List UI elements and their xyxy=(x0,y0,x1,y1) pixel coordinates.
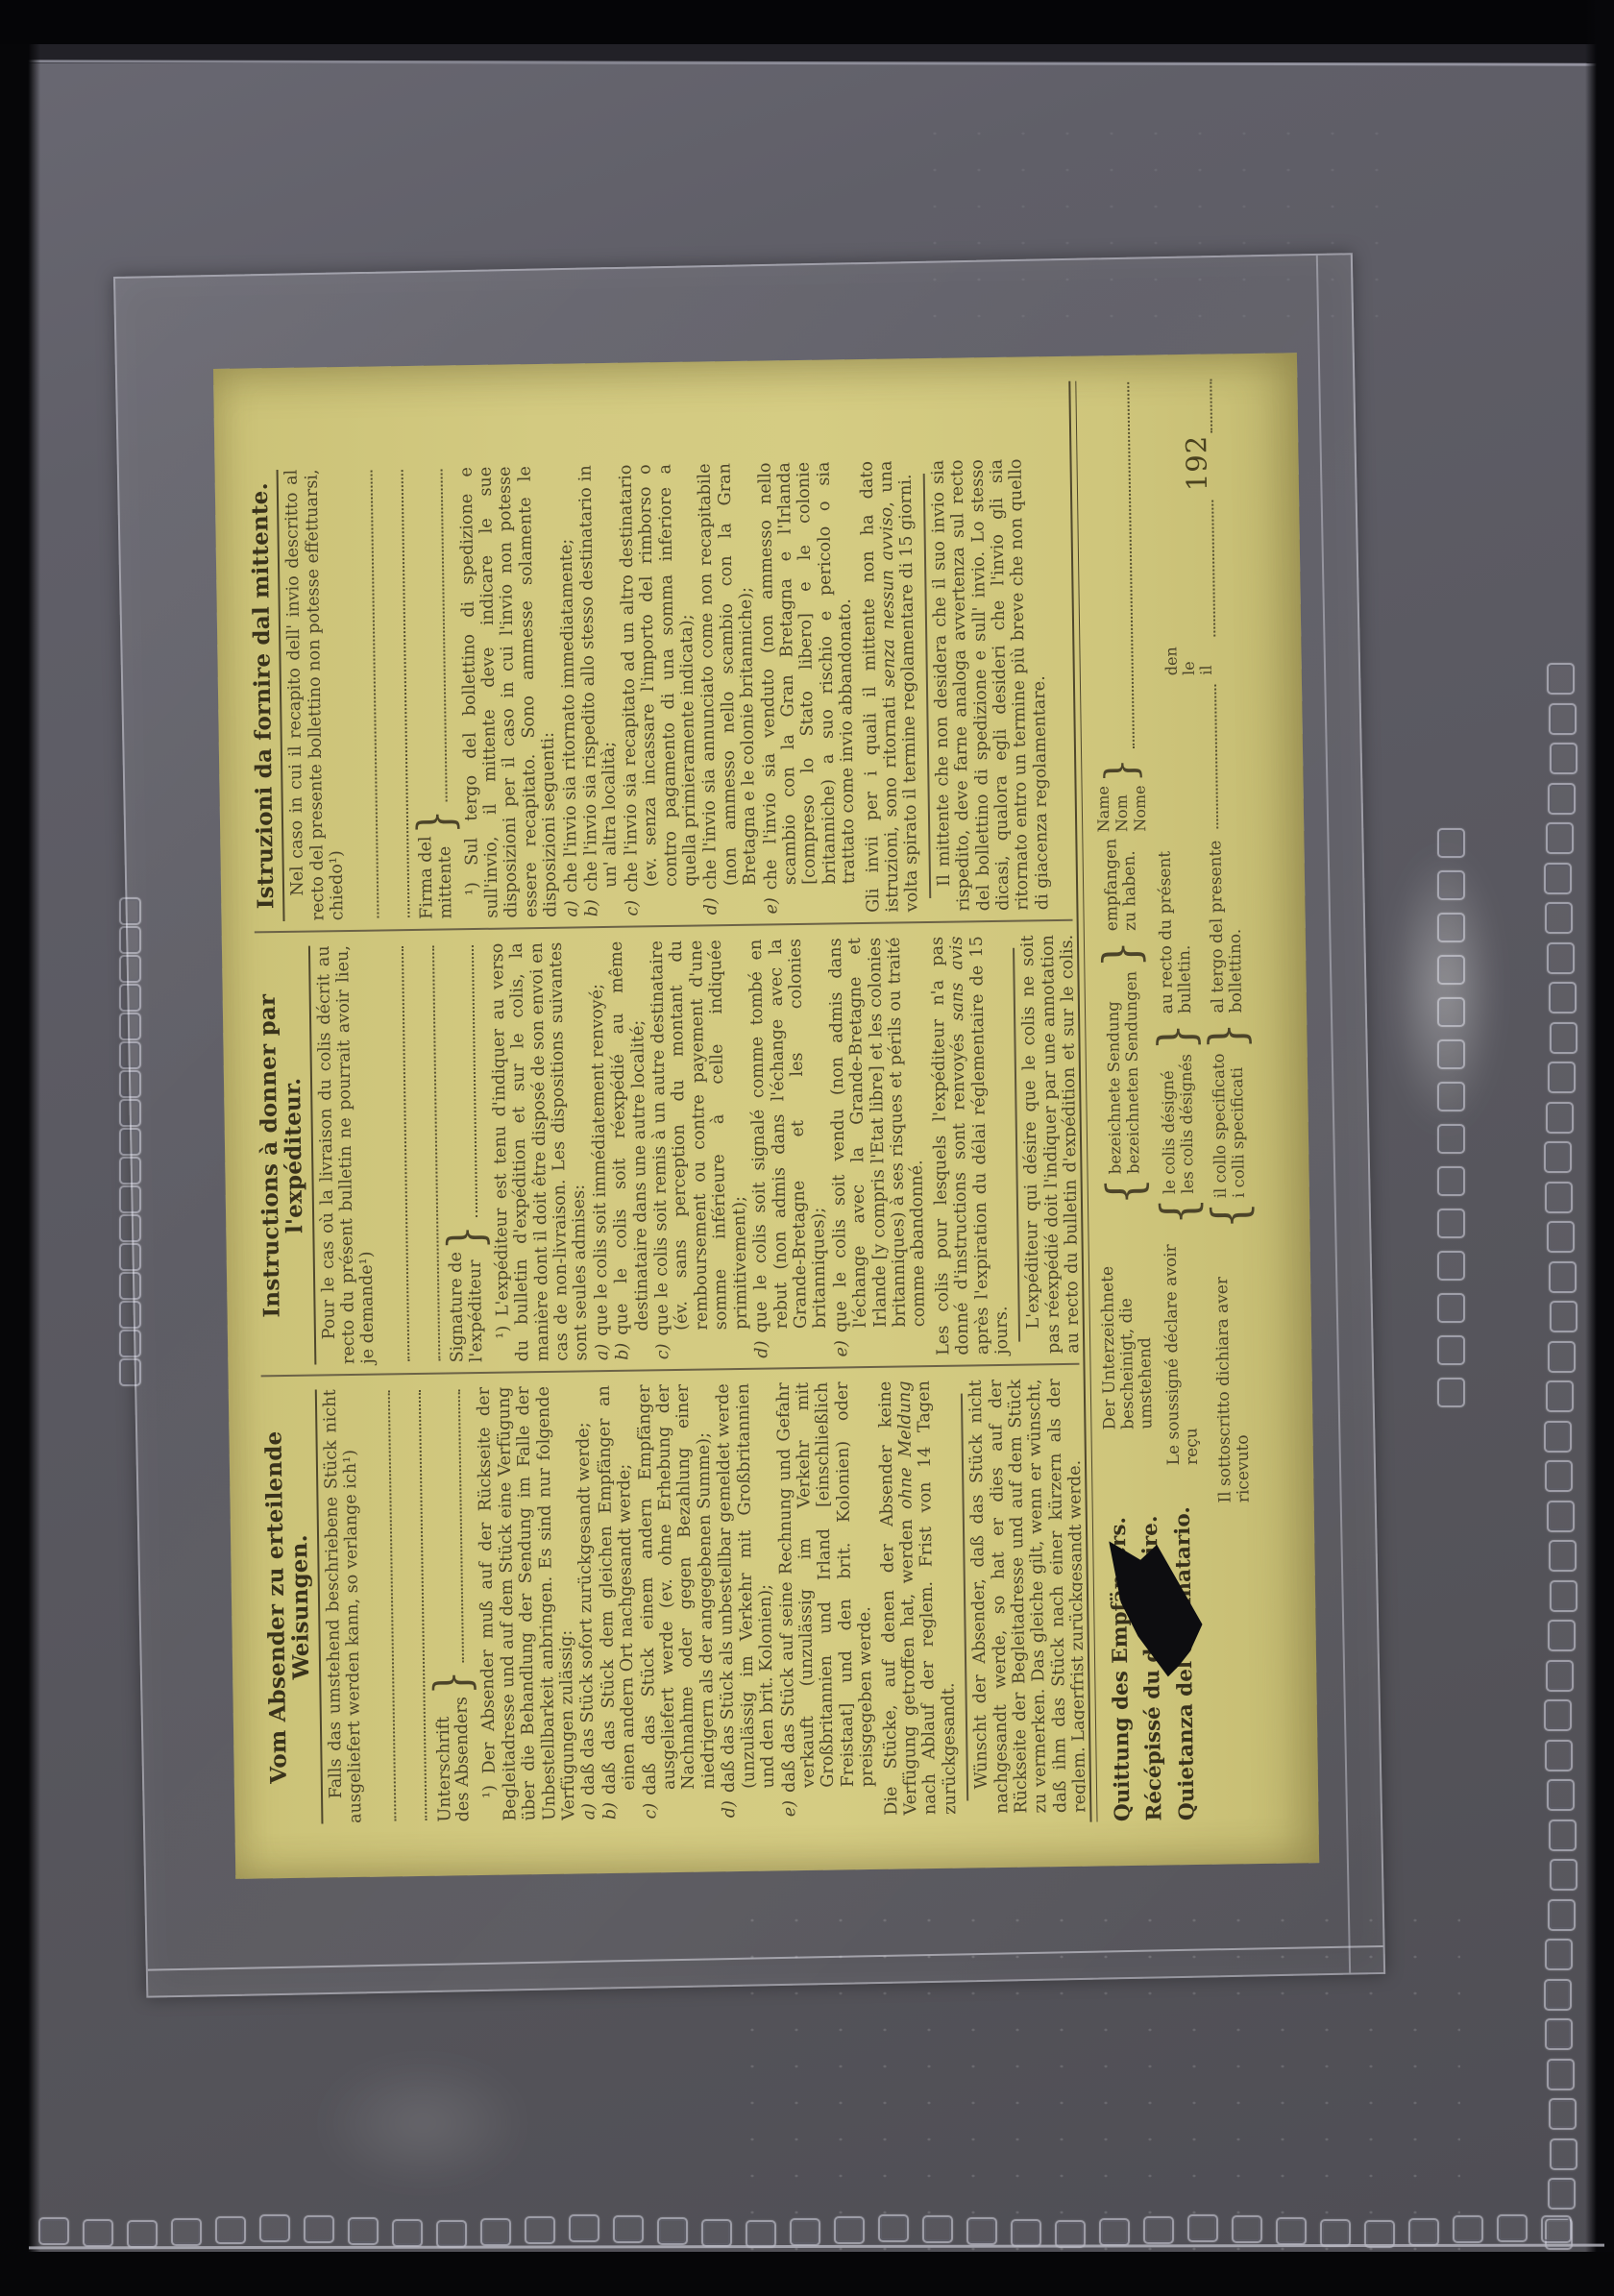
signature-label: Signature de l'expéditeur xyxy=(448,1252,487,1363)
photo-edge-left xyxy=(0,44,40,2296)
brace-glyph: } xyxy=(408,809,464,834)
parcel-card-wrapper: Vom Absender zu erteilende Weisungen. Fa… xyxy=(213,353,1319,1879)
signature-label: Unterschrift des Absenders xyxy=(434,1697,474,1822)
signature-line xyxy=(437,1389,464,1663)
signature-row-french: Signature de l'expéditeur } xyxy=(440,943,490,1363)
declaration-french: Le soussigné déclare avoir reçu { le col… xyxy=(1149,831,1208,1466)
column-header-italian: Istruzioni da fornire dal mittente. xyxy=(248,470,285,921)
paragraph: Wünscht der Absender, daß das Stück nich… xyxy=(966,1379,1087,1815)
list-item: e)che l'invio sia venduto (non ammesso n… xyxy=(755,461,860,885)
fill-in-line xyxy=(372,470,409,917)
name-row: Name Nom Nome } xyxy=(1088,380,1150,833)
intro-german: Falls das umstehend beschriebene Stück n… xyxy=(320,1389,366,1824)
receipt-name-date: Name Nom Nome } den le xyxy=(1086,379,1281,833)
list-item: b)che l'invio sia rispedito allo stesso … xyxy=(575,465,621,889)
instruction-table: Vom Absender zu erteilende Weisungen. Fa… xyxy=(246,381,1086,1834)
list-item: b)daß das Stück dem gleichen Empfänger a… xyxy=(595,1385,640,1792)
photo-edge-top xyxy=(0,0,1614,44)
footnote-german: ¹) Der Absender muß auf der Rückseite de… xyxy=(475,1386,579,1821)
signature-row-italian: Firma del mittente } xyxy=(408,467,459,919)
footnote-french: ¹) L'expéditeur est tenu d'indiquer au v… xyxy=(488,941,592,1361)
signature-line xyxy=(451,945,477,1218)
paragraph: Il mittente che non desidera che il suo … xyxy=(928,458,1052,912)
list-item: d)daß das Stück als unbestellbar gemelde… xyxy=(714,1382,778,1789)
signature-row-german: Unterschrift des Absenders } xyxy=(427,1387,477,1822)
footnote-italian: ¹) Sul tergo del bollettino di spedizion… xyxy=(456,466,561,918)
name-line xyxy=(1102,382,1135,749)
fill-in-line xyxy=(403,946,440,1361)
intro-italian: Nel caso in cui il recapito dell' invio … xyxy=(282,469,348,921)
fill-in-line xyxy=(390,1390,428,1820)
paragraph: Gli invii per i quali il mittente non ha… xyxy=(857,460,922,913)
list-item: d)che l'invio sia annunciato come non re… xyxy=(696,463,761,887)
photo-of-album-page: Vom Absender zu erteilende Weisungen. Fa… xyxy=(0,0,1614,2296)
place-line xyxy=(1191,685,1218,829)
list-item: c)daß das Stück einem andern Empfänger a… xyxy=(634,1383,719,1790)
year-prefix: 192 xyxy=(1180,435,1213,492)
year-line xyxy=(1190,379,1212,433)
photo-edge-right xyxy=(1585,0,1614,2296)
declaration-italian: Il sottoscritto dichiara aver ricevuto {… xyxy=(1200,830,1259,1503)
intro-french: Pour le cas où la livraison du colis déc… xyxy=(314,945,379,1365)
plastic-shine xyxy=(317,2056,528,2190)
paragraph: L'expéditeur qui désire que le colis ne … xyxy=(1018,934,1079,1355)
declaration-german: Der Unterzeichnete bescheinigt, die umst… xyxy=(1092,832,1156,1430)
parcel-card-back: Vom Absender zu erteilende Weisungen. Fa… xyxy=(213,353,1319,1879)
date-line xyxy=(1188,501,1215,637)
receipt-declarations: Der Unterzeichnete bescheinigt, die umst… xyxy=(1092,830,1290,1505)
list-item: c)che l'invio sia recapitato ad un altro… xyxy=(616,464,700,888)
signature-line xyxy=(419,469,447,802)
receipt-labels: Quittung des Empfängers. Récépissé du de… xyxy=(1103,1502,1296,1821)
column-italian: Istruzioni da fornire dal mittente. Nel … xyxy=(247,445,1072,934)
paragraph: Les colis pour lesquels l'expéditeur n'a… xyxy=(928,936,1013,1356)
column-header-german: Vom Absender zu erteilende Weisungen. xyxy=(261,1390,323,1825)
photo-edge-bottom xyxy=(0,2252,1614,2296)
list-item: d)que le colis soit signalé comme tombé … xyxy=(746,939,831,1330)
list-item: c)que le colis soit remis à un autre des… xyxy=(648,940,751,1331)
plastic-shine xyxy=(1391,845,1497,1134)
column-header-french: Instructions à donner par l'expéditeur. xyxy=(255,946,316,1366)
list-item: e)daß das Stück auf seine Rechnung und G… xyxy=(773,1381,877,1788)
brace-glyph: } xyxy=(426,1670,481,1695)
brace-glyph: } xyxy=(438,1225,494,1250)
receipt-section: Quittung des Empfängers. Récépissé du de… xyxy=(1076,379,1295,1822)
paragraph: Die Stücke, auf denen der Absender keine… xyxy=(875,1380,960,1816)
column-german: Vom Absender zu erteilende Weisungen. Fa… xyxy=(261,1365,1087,1835)
list-item: b)que le colis soit réexpédié au même de… xyxy=(607,940,652,1331)
date-row: den le il 192 xyxy=(1159,379,1218,832)
list-item: e)que le colis soit vendu (non admis dan… xyxy=(826,937,930,1328)
signature-label: Firma del mittente xyxy=(417,836,456,919)
column-french: Instructions à donner par l'expéditeur. … xyxy=(255,921,1080,1378)
